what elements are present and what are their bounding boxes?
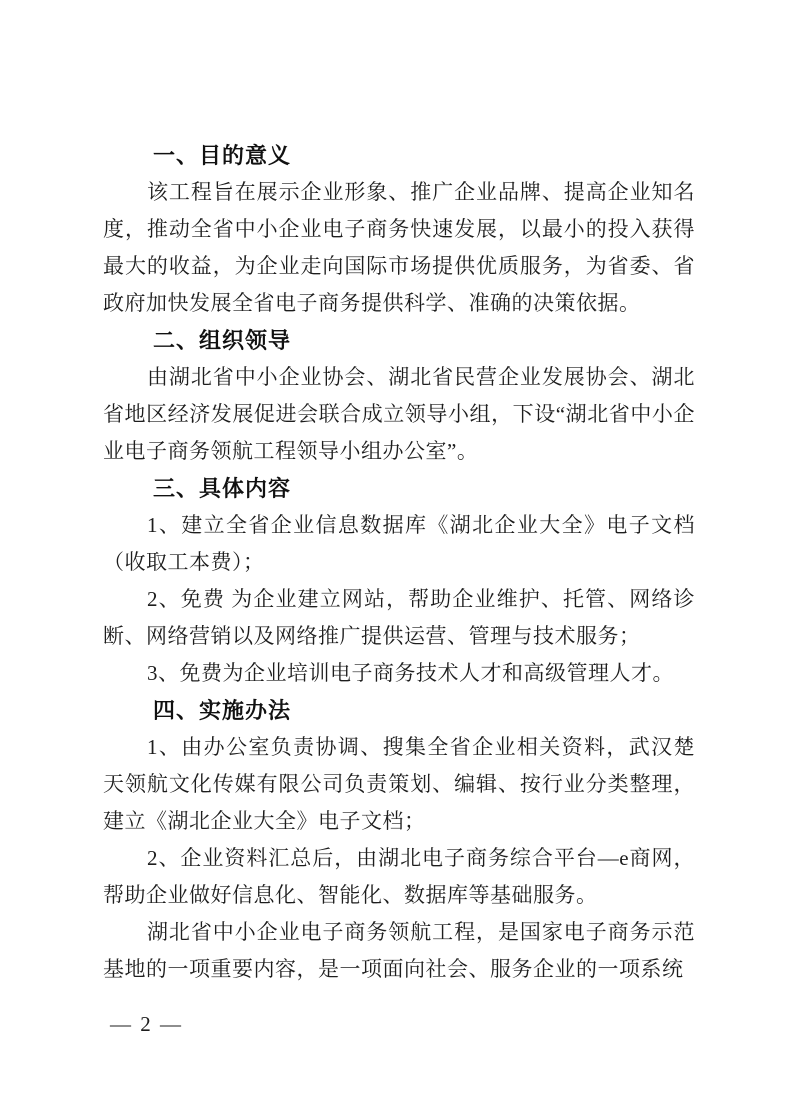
document-page: 一、目的意义 该工程旨在展示企业形象、推广企业品牌、提高企业知名度，推动全省中小… [0, 0, 800, 1110]
paragraph-contents-item-1: 1、建立全省企业信息数据库《湖北企业大全》电子文档（收取工本费）； [103, 507, 695, 581]
section-heading-implementation: 四、实施办法 [103, 692, 695, 729]
paragraph-contents-item-3: 3、免费为企业培训电子商务技术人才和高级管理人才。 [103, 655, 695, 692]
section-heading-purpose: 一、目的意义 [103, 137, 695, 174]
page-number: — 2 — [110, 1006, 183, 1043]
paragraph-purpose: 该工程旨在展示企业形象、推广企业品牌、提高企业知名度，推动全省中小企业电子商务快… [103, 174, 695, 322]
paragraph-implementation-closing: 湖北省中小企业电子商务领航工程，是国家电子商务示范基地的一项重要内容，是一项面向… [103, 914, 695, 988]
paragraph-implementation-item-2: 2、企业资料汇总后，由湖北电子商务综合平台—e商网，帮助企业做好信息化、智能化、… [103, 840, 695, 914]
paragraph-contents-item-2: 2、免费 为企业建立网站，帮助企业维护、托管、网络诊断、网络营销以及网络推广提供… [103, 581, 695, 655]
paragraph-implementation-item-1: 1、由办公室负责协调、搜集全省企业相关资料，武汉楚天领航文化传媒有限公司负责策划… [103, 729, 695, 840]
document-body: 一、目的意义 该工程旨在展示企业形象、推广企业品牌、提高企业知名度，推动全省中小… [103, 137, 695, 988]
paragraph-organization: 由湖北省中小企业协会、湖北省民营企业发展协会、湖北省地区经济发展促进会联合成立领… [103, 359, 695, 470]
section-heading-organization: 二、组织领导 [103, 322, 695, 359]
section-heading-contents: 三、具体内容 [103, 470, 695, 507]
